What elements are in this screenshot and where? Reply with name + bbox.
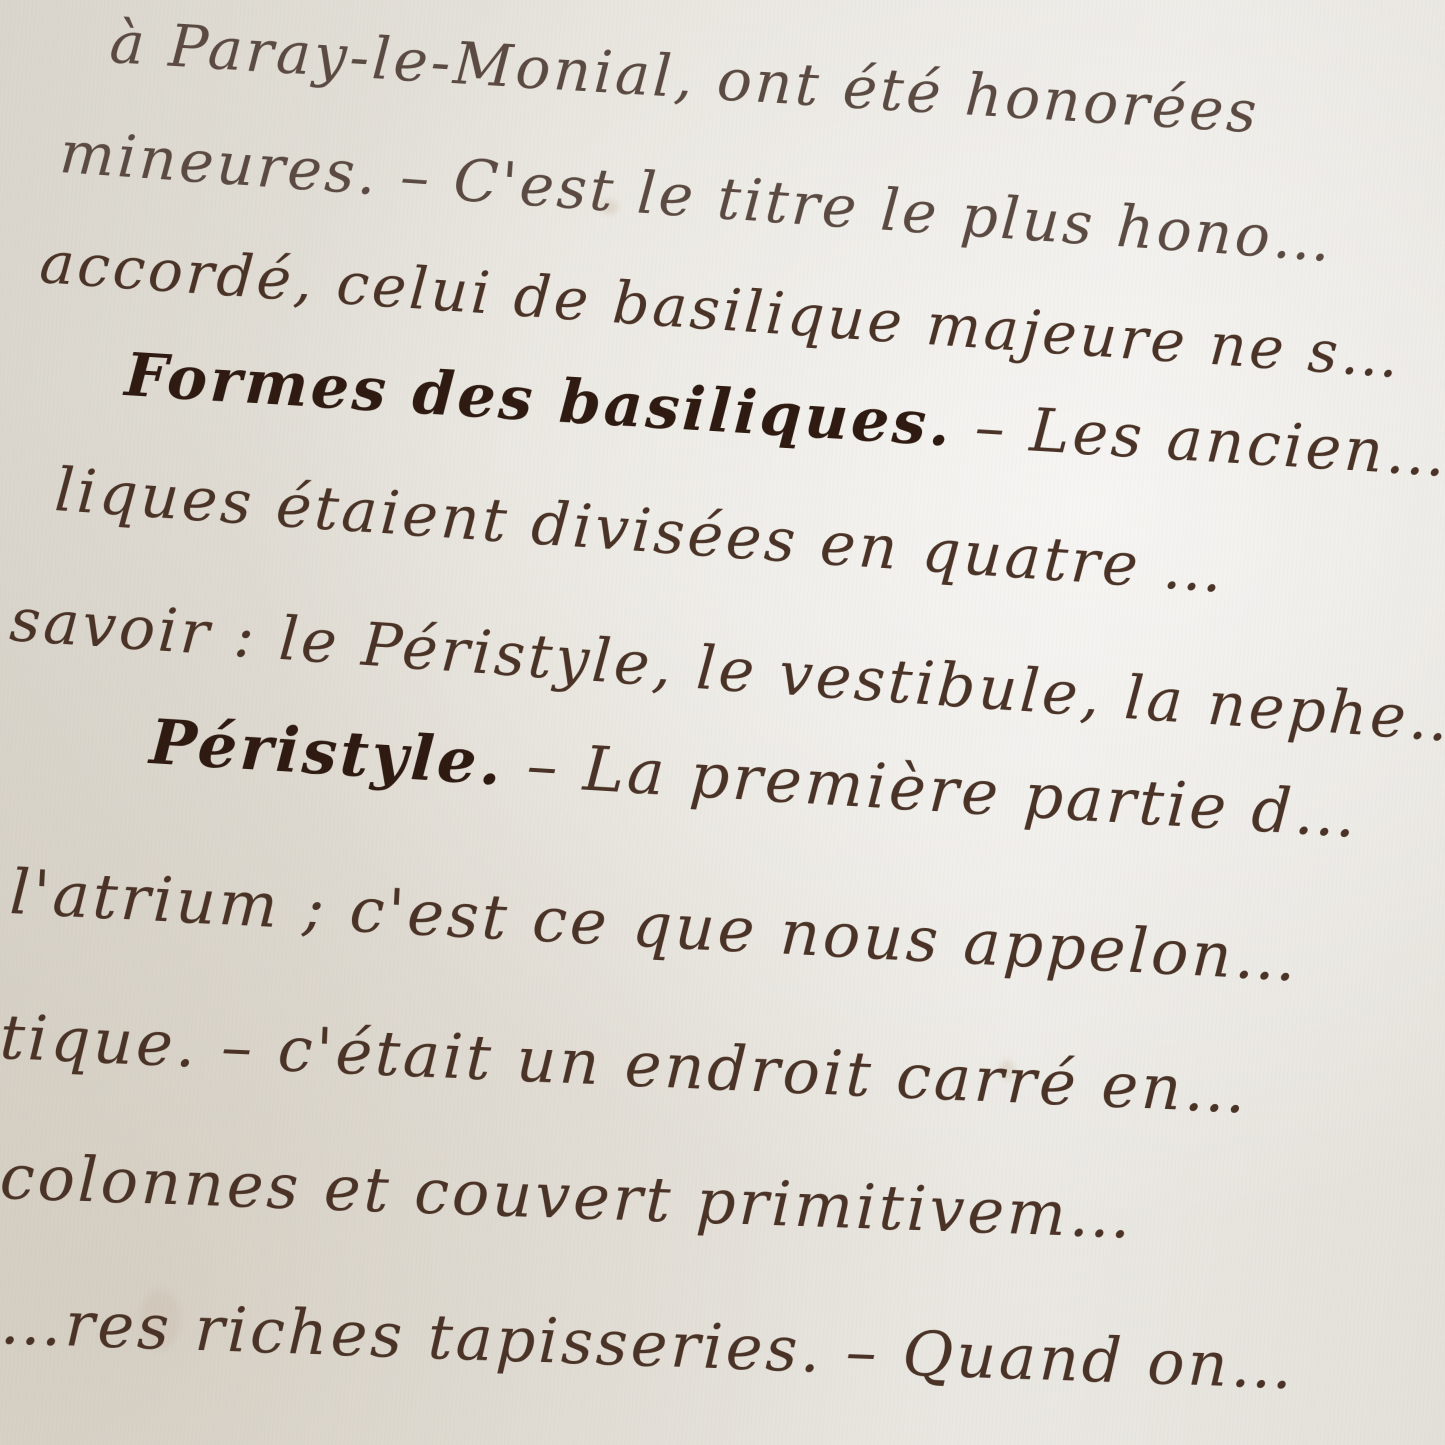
line-text: – La première partie d… bbox=[502, 727, 1362, 852]
section-heading-formes: Formes des basiliques. bbox=[123, 340, 955, 461]
section-heading-peristyle: Péristyle. bbox=[148, 705, 507, 800]
line-text: l'atrium ; c'est ce que nous appelon… bbox=[8, 855, 1301, 995]
line-text: liques étaient divisées en quatre … bbox=[53, 455, 1229, 607]
line-text: à Paray-le-Monial, ont été honorées bbox=[108, 8, 1261, 146]
manuscript-line-1: à Paray-le-Monial, ont été honorées bbox=[108, 8, 1261, 146]
manuscript-page: à Paray-le-Monial, ont été honorées mine… bbox=[0, 0, 1445, 1445]
manuscript-line-11: …res riches tapisseries. – Quand on… bbox=[0, 1285, 1297, 1403]
line-text: tique. – c'était un endroit carré en… bbox=[0, 1000, 1251, 1127]
line-text: colonnes et couvert primitivem… bbox=[0, 1140, 1135, 1253]
line-text: – Les ancien… bbox=[951, 391, 1445, 491]
manuscript-line-10: colonnes et couvert primitivem… bbox=[0, 1140, 1135, 1253]
manuscript-line-8: l'atrium ; c'est ce que nous appelon… bbox=[8, 855, 1301, 995]
manuscript-line-5: liques étaient divisées en quatre … bbox=[53, 455, 1229, 607]
manuscript-line-9: tique. – c'était un endroit carré en… bbox=[0, 1000, 1251, 1127]
line-text: …res riches tapisseries. – Quand on… bbox=[0, 1285, 1297, 1403]
